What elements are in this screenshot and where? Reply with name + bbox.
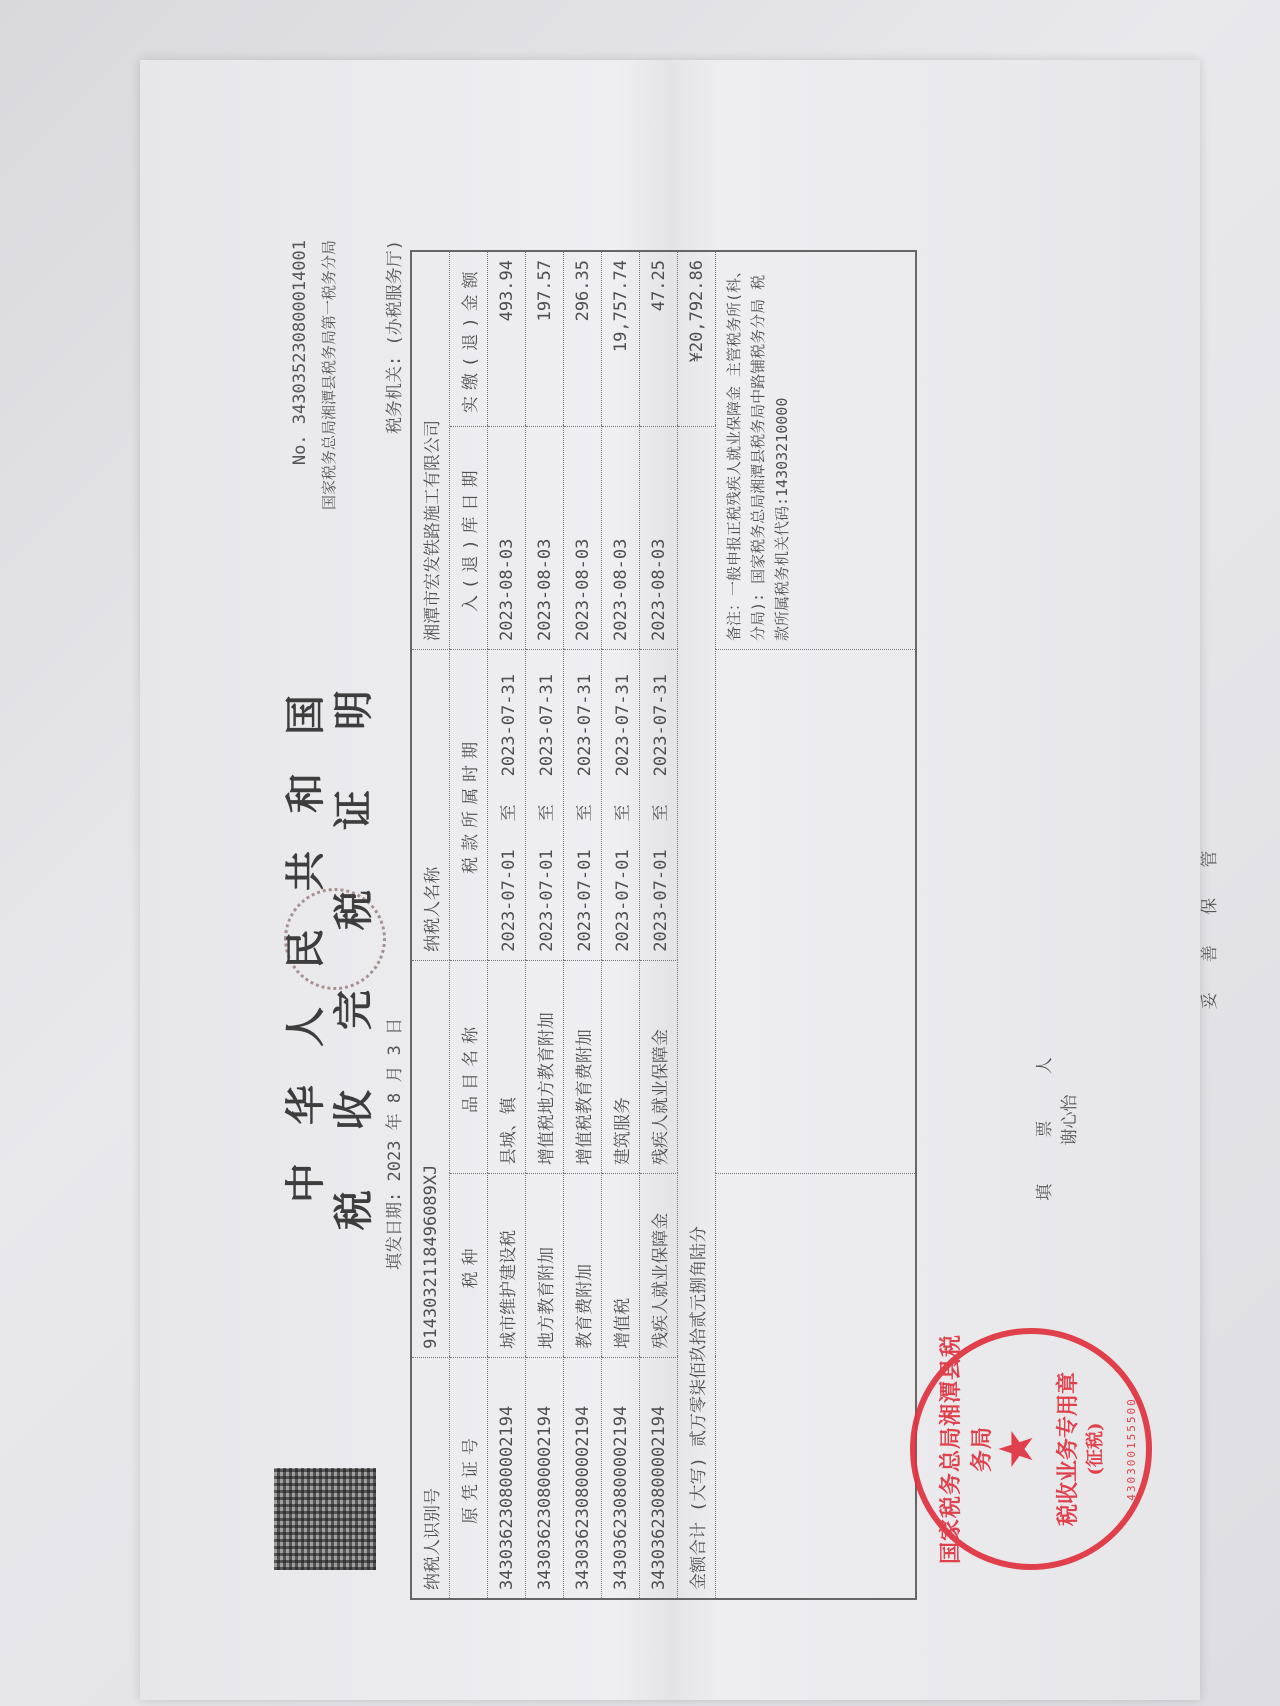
- voucher-no: 343036230800002194: [488, 1357, 526, 1599]
- voucher-no: 343036230800002194: [602, 1357, 640, 1599]
- tax-type: 增值税: [602, 1174, 640, 1358]
- stamp-line-2: (征税): [1081, 1334, 1107, 1564]
- item-name: 增值税教育费附加: [564, 960, 602, 1173]
- taxpayer-id-value: 91430321184960​89XJ: [411, 960, 450, 1357]
- remarks: 备注：一般申报正税残疾人就业保障金 主管税务所(科、分局): 国家税务总局湘潭县…: [716, 251, 916, 650]
- tax-period: 2023-07-01至2023-07-31: [488, 650, 526, 961]
- total-row: 金额合计 (大写) 贰万零柒佰玖拾贰元捌角陆分 ¥20,792.86: [678, 251, 716, 1599]
- signature-row: 备注：一般申报正税残疾人就业保障金 主管税务所(科、分局): 国家税务总局湘潭县…: [716, 251, 916, 1599]
- tax-type: 教育费附加: [564, 1174, 602, 1358]
- preparer-cell: [716, 650, 916, 1174]
- official-stamp: 国家税务总局湘潭县税务局 ★ 税收业务专用章 (征税) 430300155500: [910, 1328, 1152, 1570]
- table-row: 343036230800002194增值税建筑服务2023-07-01至2023…: [602, 251, 640, 1599]
- fill-date-value: 2023 年 8 月 3 日: [385, 1018, 405, 1182]
- tax-authority: 税务机关: (办税服务厅): [380, 240, 405, 434]
- certificate-title: 中华人民共和国 税收完税证明: [282, 560, 378, 1300]
- period-end: 2023-07-31: [651, 674, 671, 776]
- table-header: 原凭证号 税种 品目名称 税款所属时期 入(退)库日期 实缴(退)金额: [450, 251, 488, 1599]
- storage-date: 2023-08-03: [602, 427, 640, 650]
- tax-type: 残疾人就业保障金: [640, 1174, 678, 1358]
- preparer-label: 填 票 人: [1030, 1020, 1055, 1220]
- storage-date: 2023-08-03: [488, 427, 526, 650]
- period-sep: 至: [532, 804, 557, 821]
- preparer: 填 票 人 谢心怡: [1030, 1020, 1080, 1220]
- storage-date: 2023-08-03: [526, 427, 564, 650]
- taxpayer-name-value: 湘潭市宏发铁路施工有限公司: [411, 251, 450, 650]
- amount: 493.94: [488, 251, 526, 427]
- taxpayer-row: 纳税人识别号 91430321184960​89XJ 纳税人名称 湘潭市宏发铁路…: [411, 251, 450, 1599]
- period-sep: 至: [494, 804, 519, 821]
- header-date: 入(退)库日期: [450, 427, 488, 650]
- stamp-cell: [716, 1174, 916, 1599]
- period-end: 2023-07-31: [537, 674, 557, 776]
- period-start: 2023-07-01: [537, 849, 557, 951]
- total-amount: ¥20,792.86: [678, 251, 716, 427]
- header-item: 品目名称: [450, 960, 488, 1173]
- tax-period: 2023-07-01至2023-07-31: [526, 650, 564, 961]
- period-start: 2023-07-01: [575, 849, 595, 951]
- table-row: 343036230800002194残疾人就业保障金残疾人就业保障金2023-0…: [640, 251, 678, 1599]
- total-label: 金额合计: [689, 1522, 709, 1590]
- storage-date: 2023-08-03: [640, 427, 678, 650]
- period-sep: 至: [570, 804, 595, 821]
- period-end: 2023-07-31: [575, 674, 595, 776]
- tax-authority-label: 税务机关:: [385, 356, 405, 434]
- period-start: 2023-07-01: [499, 849, 519, 951]
- tax-type: 城市维护建设税: [488, 1174, 526, 1358]
- tax-certificate: 中华人民共和国 税收完税证明 No. 343035230800014001 国家…: [270, 220, 1230, 1640]
- header-amount: 实缴(退)金额: [450, 251, 488, 427]
- period-sep: 至: [646, 804, 671, 821]
- fill-date: 填发日期: 2023 年 8 月 3 日: [380, 1018, 405, 1270]
- total-label-cell: 金额合计 (大写) 贰万零柒佰玖拾贰元捌角陆分: [678, 427, 716, 1599]
- taxpayer-name-label: 纳税人名称: [411, 650, 450, 961]
- voucher-no: 343036230800002194: [526, 1357, 564, 1599]
- qr-code: [274, 1468, 376, 1570]
- title-line-2: 税收完税证明: [330, 560, 378, 1300]
- tax-period: 2023-07-01至2023-07-31: [602, 650, 640, 961]
- storage-date: 2023-08-03: [564, 427, 602, 650]
- header-period: 税款所属时期: [450, 650, 488, 961]
- amount: 197.57: [526, 251, 564, 427]
- preparer-name: 谢心怡: [1055, 1020, 1080, 1220]
- voucher-no: 343036230800002194: [640, 1357, 678, 1599]
- total-words: (大写) 贰万零柒佰玖拾贰元捌角陆分: [689, 1226, 709, 1512]
- amount: 296.35: [564, 251, 602, 427]
- tax-period: 2023-07-01至2023-07-31: [640, 650, 678, 961]
- table-row: 343036230800002194城市维护建设税县城、镇2023-07-01至…: [488, 251, 526, 1599]
- item-name: 残疾人就业保障金: [640, 960, 678, 1173]
- fill-date-label: 填发日期:: [385, 1192, 405, 1270]
- serial-number: No. 343035230800014001: [290, 240, 310, 465]
- stamp-code: 430300155500: [1125, 1334, 1138, 1564]
- custody-note: 妥 善 保 管: [1195, 250, 1220, 1600]
- tax-period: 2023-07-01至2023-07-31: [564, 650, 602, 961]
- period-start: 2023-07-01: [613, 849, 633, 951]
- stamp-line-1: 税收业务专用章: [1051, 1334, 1082, 1564]
- header-tax-type: 税种: [450, 1174, 488, 1358]
- header-voucher-no: 原凭证号: [450, 1357, 488, 1599]
- table-row: 343036230800002194教育费附加增值税教育费附加2023-07-0…: [564, 251, 602, 1599]
- item-name: 增值税地方教育附加: [526, 960, 564, 1173]
- tax-office-header: 国家税务总局湘潭县税务局第一税务分局: [318, 240, 339, 510]
- amount: 47.25: [640, 251, 678, 427]
- taxpayer-id-label: 纳税人识别号: [411, 1357, 450, 1599]
- period-start: 2023-07-01: [651, 849, 671, 951]
- period-end: 2023-07-31: [613, 674, 633, 776]
- period-sep: 至: [608, 804, 633, 821]
- tax-authority-value: (办税服务厅): [385, 240, 405, 345]
- item-name: 县城、镇: [488, 960, 526, 1173]
- title-line-1: 中华人民共和国: [282, 560, 330, 1300]
- voucher-no: 343036230800002194: [564, 1357, 602, 1599]
- table-body: 343036230800002194城市维护建设税县城、镇2023-07-01至…: [488, 251, 678, 1599]
- amount: 19,757.74: [602, 251, 640, 427]
- tax-table: 纳税人识别号 91430321184960​89XJ 纳税人名称 湘潭市宏发铁路…: [410, 250, 917, 1600]
- item-name: 建筑服务: [602, 960, 640, 1173]
- star-icon: ★: [978, 1334, 1044, 1564]
- tax-type: 地方教育附加: [526, 1174, 564, 1358]
- period-end: 2023-07-31: [499, 674, 519, 776]
- table-row: 343036230800002194地方教育附加增值税地方教育附加2023-07…: [526, 251, 564, 1599]
- paper-sheet: 中华人民共和国 税收完税证明 No. 343035230800014001 国家…: [140, 60, 1200, 1700]
